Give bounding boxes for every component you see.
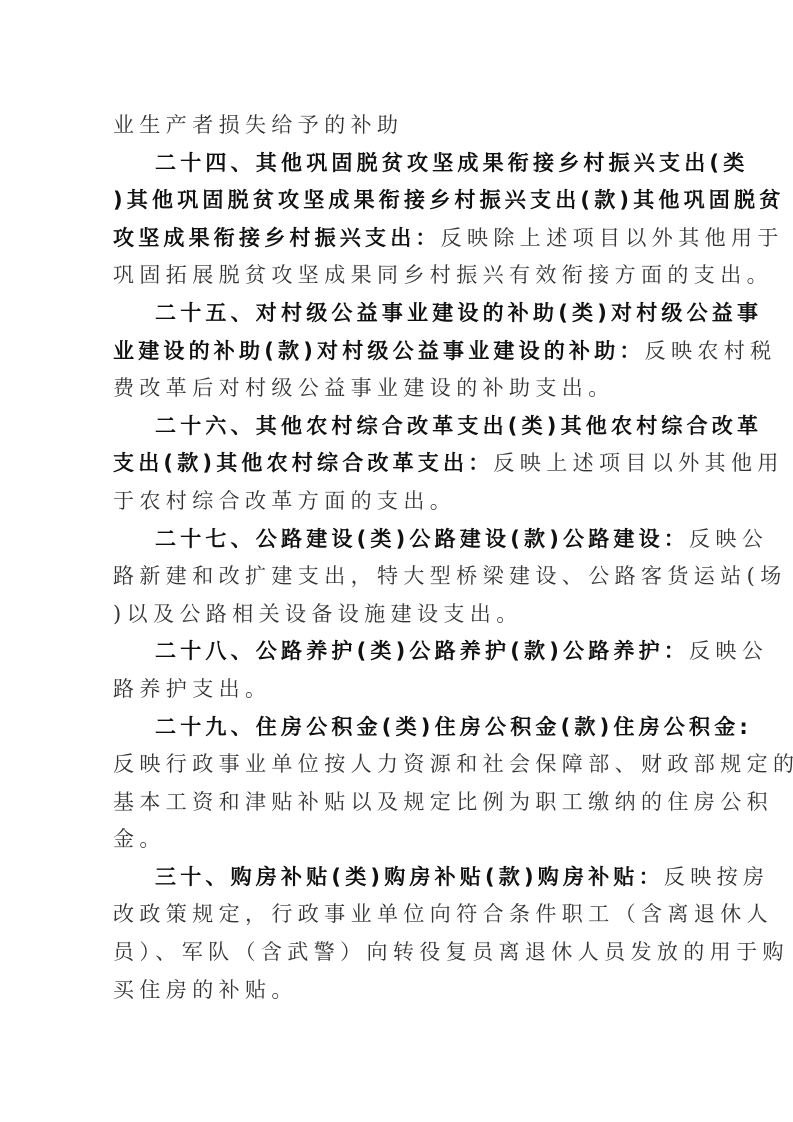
text-line: 反映行政事业单位按人力资源和社会保障部、财政部规定的	[113, 746, 683, 784]
bold-text: 业建设的补助(款)对村级公益事业建设的补助：	[113, 339, 645, 363]
text-line: 路养护支出。	[113, 671, 683, 709]
bold-text: 三十、购房补贴(类)购房补贴(款)购房补贴：	[155, 865, 664, 889]
text-line: 巩固拓展脱贫攻坚成果同乡村振兴有效衔接方面的支出。	[113, 257, 683, 295]
body-text: 反映按房	[664, 865, 770, 889]
body-text: 改政策规定，行政事业单位向符合条件职工（含离退休人	[113, 902, 773, 926]
text-line: 路新建和改扩建支出，特大型桥梁建设、公路客货运站(场	[113, 558, 683, 596]
bold-text: 二十七、公路建设(类)公路建设(款)公路建设：	[155, 527, 689, 551]
section-heading-30: 三十、购房补贴(类)购房补贴(款)购房补贴：反映按房	[113, 859, 683, 897]
body-text: 路养护支出。	[113, 677, 271, 701]
bold-text: 攻坚成果衔接乡村振兴支出：	[113, 226, 441, 250]
body-text: 金。	[113, 827, 166, 851]
body-text: 业生产者损失给予的补助	[113, 113, 403, 137]
bold-text: 二十四、其他巩固脱贫攻坚成果衔接乡村振兴支出(类	[155, 151, 748, 175]
bold-text: 二十五、对村级公益事业建设的补助(类)对村级公益事	[155, 301, 762, 325]
section-heading-26: 二十六、其他农村综合改革支出(类)其他农村综合改革	[113, 408, 683, 446]
text-line: 金。	[113, 821, 683, 859]
bold-text: 二十六、其他农村综合改革支出(类)其他农村综合改革	[155, 414, 762, 438]
body-text: 基本工资和津贴补贴以及规定比例为职工缴纳的住房公积	[113, 790, 773, 814]
text-line: 支出(款)其他农村综合改革支出：反映上述项目以外其他用	[113, 445, 683, 483]
bold-text: 二十八、公路养护(类)公路养护(款)公路养护：	[155, 639, 689, 663]
body-text: 买住房的补贴。	[113, 978, 298, 1002]
body-text: 反映农村税	[645, 339, 777, 363]
bold-text: )其他巩固脱贫攻坚成果衔接乡村振兴支出(款)其他巩固脱贫	[113, 188, 784, 212]
body-text: 反映公	[689, 639, 768, 663]
text-line: 买住房的补贴。	[113, 972, 683, 1010]
text-line: )其他巩固脱贫攻坚成果衔接乡村振兴支出(款)其他巩固脱贫	[113, 182, 683, 220]
document-page: 业生产者损失给予的补助 二十四、其他巩固脱贫攻坚成果衔接乡村振兴支出(类 )其他…	[113, 107, 683, 1009]
section-heading-25: 二十五、对村级公益事业建设的补助(类)对村级公益事	[113, 295, 683, 333]
body-text: )以及公路相关设备设施建设支出。	[113, 602, 523, 626]
body-text: 巩固拓展脱贫攻坚成果同乡村振兴有效衔接方面的支出。	[113, 263, 773, 287]
text-line: 于农村综合改革方面的支出。	[113, 483, 683, 521]
text-line: 基本工资和津贴补贴以及规定比例为职工缴纳的住房公积	[113, 784, 683, 822]
text-line: )以及公路相关设备设施建设支出。	[113, 596, 683, 634]
bold-text: 支出(款)其他农村综合改革支出：	[113, 451, 493, 475]
body-text: 反映除上述项目以外其他用于	[441, 226, 784, 250]
body-text: 员）、军队（含武警）向转役复员离退休人员发放的用于购	[113, 940, 789, 964]
body-text: 反映上述项目以外其他用	[493, 451, 783, 475]
text-line: 费改革后对村级公益事业建设的补助支出。	[113, 370, 683, 408]
body-text: 反映行政事业单位按人力资源和社会保障部、财政部规定的	[113, 752, 793, 776]
section-heading-29: 二十九、住房公积金(类)住房公积金(款)住房公积金:	[113, 709, 683, 747]
text-line: 业生产者损失给予的补助	[113, 107, 683, 145]
text-line: 攻坚成果衔接乡村振兴支出：反映除上述项目以外其他用于	[113, 220, 683, 258]
bold-text: 二十九、住房公积金(类)住房公积金(款)住房公积金:	[155, 715, 752, 739]
body-text: 反映公	[689, 527, 768, 551]
text-line: 业建设的补助(款)对村级公益事业建设的补助：反映农村税	[113, 333, 683, 371]
section-heading-28: 二十八、公路养护(类)公路养护(款)公路养护：反映公	[113, 633, 683, 671]
section-heading-24: 二十四、其他巩固脱贫攻坚成果衔接乡村振兴支出(类	[113, 145, 683, 183]
body-text: 于农村综合改革方面的支出。	[113, 489, 456, 513]
text-line: 改政策规定，行政事业单位向符合条件职工（含离退休人	[113, 896, 683, 934]
body-text: 路新建和改扩建支出，特大型桥梁建设、公路客货运站(场	[113, 564, 787, 588]
section-heading-27: 二十七、公路建设(类)公路建设(款)公路建设：反映公	[113, 521, 683, 559]
text-line: 员）、军队（含武警）向转役复员离退休人员发放的用于购	[113, 934, 683, 972]
body-text: 费改革后对村级公益事业建设的补助支出。	[113, 376, 615, 400]
